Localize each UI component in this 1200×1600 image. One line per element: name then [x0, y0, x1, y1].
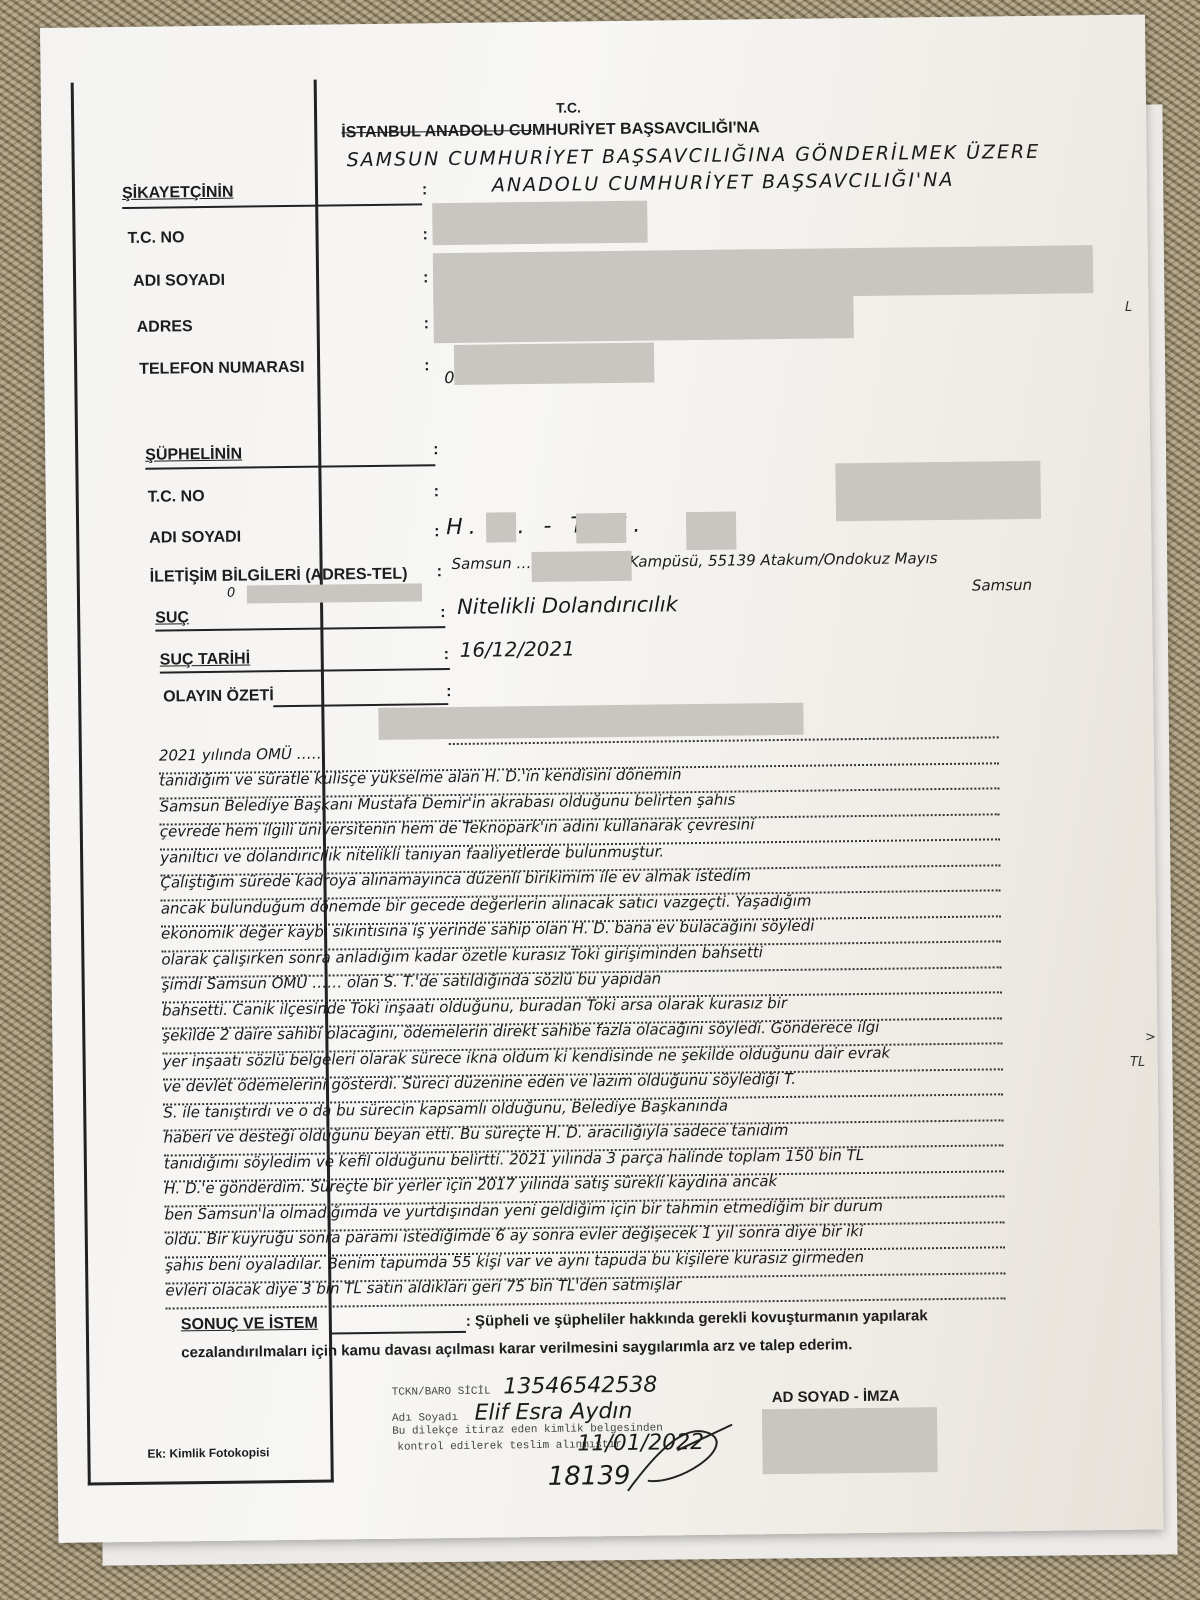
redacted-complainant-tc: [432, 201, 647, 246]
redacted-summary-part: [378, 703, 803, 740]
redacted-suspect-phone: [247, 583, 422, 603]
request-label: SONUÇ VE İSTEM: [181, 1315, 318, 1335]
redacted-suspect-name-part: [486, 512, 516, 542]
margin-note: >: [1145, 1030, 1156, 1045]
header-org: İSTANBUL ANADOLU CUMHURİYET BAŞSAVCILIĞI…: [341, 119, 760, 142]
suspect-tc-label: T.C. NO: [148, 488, 205, 507]
redacted-complainant-address: [433, 288, 854, 343]
margin-note: TL: [1130, 1055, 1145, 1070]
complainant-phone-label: TELEFON NUMARASI: [139, 359, 305, 379]
suspect-section-label: ŞÜPHELİNİN: [145, 446, 242, 465]
redacted-suspect-address-part: [531, 551, 631, 582]
suspect-contact-value: Samsun … Üniversitesi Kampüsü, 55139 Ata…: [451, 549, 937, 573]
redacted-suspect-name-part: [686, 512, 736, 551]
attachment-label: Ek: Kimlik Fotokopisi: [147, 1445, 269, 1460]
divider: [331, 1331, 466, 1335]
redacted-suspect-name-part: [576, 513, 626, 544]
redacted-suspect-tc: [835, 461, 1041, 522]
handwritten-header-1: SAMSUN CUMHURİYET BAŞSAVCILIĞINA GÖNDERİ…: [347, 141, 1041, 171]
complainant-address-label: ADRES: [137, 318, 193, 337]
crime-label: SUÇ: [155, 609, 189, 627]
crime-date-value: 16/12/2021: [459, 637, 575, 662]
signature-scribble-icon: [617, 1410, 738, 1501]
summary-label: OLAYIN ÖZETİ: [163, 687, 274, 706]
header-tc: T.C.: [556, 99, 581, 115]
header-org-rest: MHURİYET BAŞSAVCILIĞI'NA: [532, 119, 760, 139]
crime-value: Nitelikli Dolandırıcılık: [457, 592, 678, 619]
handwritten-header-2: ANADOLU CUMHURİYET BAŞSAVCILIĞI'NA: [492, 169, 955, 197]
request-text-line1: : Şüpheli ve şüpheliler hakkında gerekli…: [466, 1307, 928, 1330]
complaint-form-page: T.C. İSTANBUL ANADOLU CUMHURİYET BAŞSAVC…: [40, 15, 1163, 1543]
crime-date-label: SUÇ TARİHİ: [160, 650, 251, 669]
margin-note: L: [1125, 300, 1132, 315]
complainant-section-label: ŞİKAYETÇİNİN: [122, 184, 234, 203]
signature-label: AD SOYAD - İMZA: [772, 1388, 900, 1407]
header-org-struck: İSTANBUL ANADOLU CU: [341, 122, 532, 141]
suspect-contact-value-line2: Samsun: [972, 576, 1032, 595]
redacted-complainant-phone: [454, 343, 654, 385]
suspect-contact-note: 0: [227, 586, 235, 601]
complainant-phone-value: 0: [444, 368, 454, 387]
suspect-name-label: ADI SOYADI: [149, 529, 241, 548]
stamp-tckn: TCKN/BARO SİCİL 13546542538: [391, 1373, 657, 1401]
summary-text: …… teknisyen olarak2021 yılında OMÜ ……ta…: [40, 15, 1145, 28]
complainant-name-label: ADI SOYADI: [133, 272, 225, 291]
complainant-tc-label: T.C. NO: [127, 229, 184, 248]
redacted-signature: [762, 1407, 938, 1474]
